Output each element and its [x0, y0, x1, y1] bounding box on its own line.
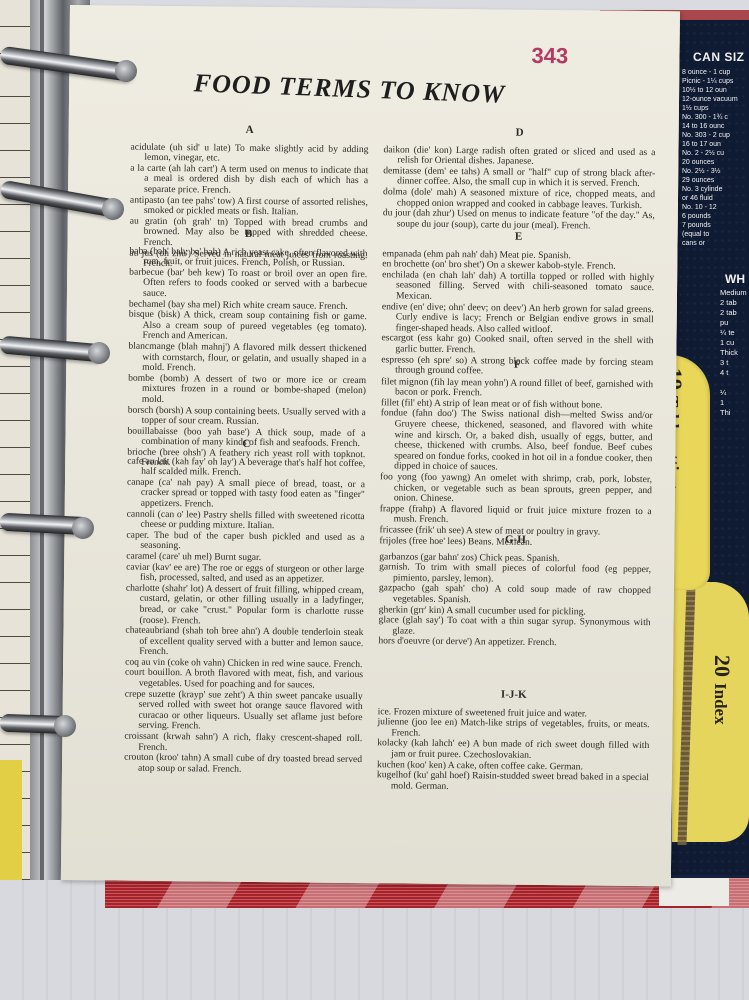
page-title: FOOD TERMS TO KNOW: [193, 68, 505, 109]
glossary-entry: fondue (fahn doo') The Swiss national di…: [380, 409, 653, 475]
section-heading: F: [381, 358, 653, 371]
list-line: 2 tab: [720, 298, 747, 308]
back-page-second-list: Medium2 tab2 tabpu¼ te1 cuThick3 t4 t ¼1…: [720, 288, 747, 418]
list-line: or 46 fluid: [682, 194, 738, 203]
list-line: 2 tab: [720, 308, 747, 318]
glossary-entry: bisque (bisk) A thick, cream soup contai…: [128, 310, 366, 344]
glossary-entry: a la carte (ah lah cart') A term used on…: [130, 163, 368, 197]
list-line: 20 ounces: [682, 158, 738, 167]
list-line: pu: [720, 318, 747, 328]
glossary-entry: enchilada (en chah lah' dah) A tortilla …: [382, 270, 654, 305]
glossary-entry: hors d'oeuvre (or derve') An appetizer. …: [378, 637, 650, 650]
list-line: 12-ounce vacuum: [682, 95, 738, 104]
list-line: 4 t: [720, 368, 747, 378]
section-heading: D: [384, 126, 656, 139]
glossary-entry: endive (en' dive; ohn' deev; on deev') A…: [382, 302, 654, 337]
section-heading: C: [127, 438, 365, 451]
section-i-j-k: I-J-Kice. Frozen mixture of sweetened fr…: [377, 688, 650, 794]
glossary-entry: crouton (kroo' tahn) A small cube of dry…: [124, 753, 362, 777]
list-line: No. 10 - 12: [682, 203, 738, 212]
list-line: ¼: [720, 388, 747, 398]
glossary-entry: du jour (dah zhur') Used on menus to ind…: [383, 208, 655, 232]
section-heading: G-H: [379, 533, 651, 546]
list-line: cans or: [682, 239, 738, 248]
left-yellow-divider: [0, 760, 22, 880]
list-line: 16 to 17 oun: [682, 140, 738, 149]
cookbook-page: 343 FOOD TERMS TO KNOW Aacidulate (uh si…: [61, 5, 680, 886]
section-g-h: G-Hgarbanzos (gar bahn' zos) Chick peas.…: [378, 533, 651, 650]
section-c: Ccafe au lait (kah fay' oh lay') A bever…: [124, 438, 366, 777]
list-line: 8 ounce - 1 cup: [682, 68, 738, 77]
glossary-entry: bombe (bomb) A dessert of two or more ic…: [128, 373, 366, 407]
list-line: 1: [720, 398, 747, 408]
glossary-entry: kugelhof (ku' gahl hoef) Raisin-studded …: [377, 770, 649, 794]
list-line: 14 to 16 ounc: [682, 122, 738, 131]
list-line: ¼ te: [720, 328, 747, 338]
can-sizes-heading: CAN SIZ: [693, 50, 745, 64]
left-column: Aacidulate (uh sid' u late) To make slig…: [132, 6, 370, 8]
can-sizes-list: 8 ounce - 1 cupPicnic - 1¼ cups10½ to 12…: [682, 68, 738, 248]
glossary-entry: blancmange (blah mahnj') A flavored milk…: [128, 342, 366, 376]
section-e: Eempanada (ehm pah nah' dah) Meat pie. S…: [381, 230, 655, 379]
list-line: 10½ to 12 oun: [682, 86, 738, 95]
list-line: 1½ cups: [682, 104, 738, 113]
section-b: Bbaba (bah' bah; ba' bah) A rich yeast c…: [127, 228, 368, 472]
glossary-entry: barbecue (bar' beh kew) To roast or broi…: [129, 267, 367, 301]
glossary-entry: charlotte (shahr' lot) A dessert of frui…: [126, 583, 364, 628]
list-line: Medium: [720, 288, 747, 298]
section-heading: E: [383, 230, 655, 243]
list-line: 7 pounds: [682, 221, 738, 230]
glossary-entry: foo yong (foo yawng) An omelet with shri…: [380, 472, 652, 507]
page-number: 343: [531, 43, 568, 69]
list-line: Picnic - 1¼ cups: [682, 77, 738, 86]
section-heading: I-J-K: [378, 688, 650, 701]
list-line: 3 t: [720, 358, 747, 368]
section-d: Ddaikon (die' kon) Large radish often gr…: [383, 126, 656, 232]
tab-20-number: 20: [710, 655, 735, 677]
list-line: Thick: [720, 348, 747, 358]
list-line: No. 2½ - 3½: [682, 167, 738, 176]
list-line: No. 2 - 2½ cu: [682, 149, 738, 158]
list-line: No. 303 - 2 cup: [682, 131, 738, 140]
glossary-entry: chateaubriand (shah toh bree ahn') A dou…: [125, 626, 363, 660]
tab-20-label[interactable]: 20Index: [709, 655, 735, 725]
list-line: 1 cu: [720, 338, 747, 348]
list-line: No. 3 cylinde: [682, 185, 738, 194]
glossary-entry: crepe suzette (krayp' sue zeht') A thin …: [124, 689, 362, 734]
list-line: Thi: [720, 408, 747, 418]
section-heading: A: [131, 124, 369, 137]
list-line: (equal to: [682, 230, 738, 239]
back-page-second-heading: WH: [725, 272, 745, 286]
list-line: 6 pounds: [682, 212, 738, 221]
section-heading: B: [130, 228, 368, 241]
list-line: [720, 378, 747, 388]
list-line: 29 ounces: [682, 176, 738, 185]
section-f: Ffilet mignon (fih lay mean yohn') A rou…: [379, 358, 653, 549]
list-line: No. 300 - 1¾ c: [682, 113, 738, 122]
glossary-entry: canape (ca' nah pay) A small piece of br…: [127, 477, 365, 511]
